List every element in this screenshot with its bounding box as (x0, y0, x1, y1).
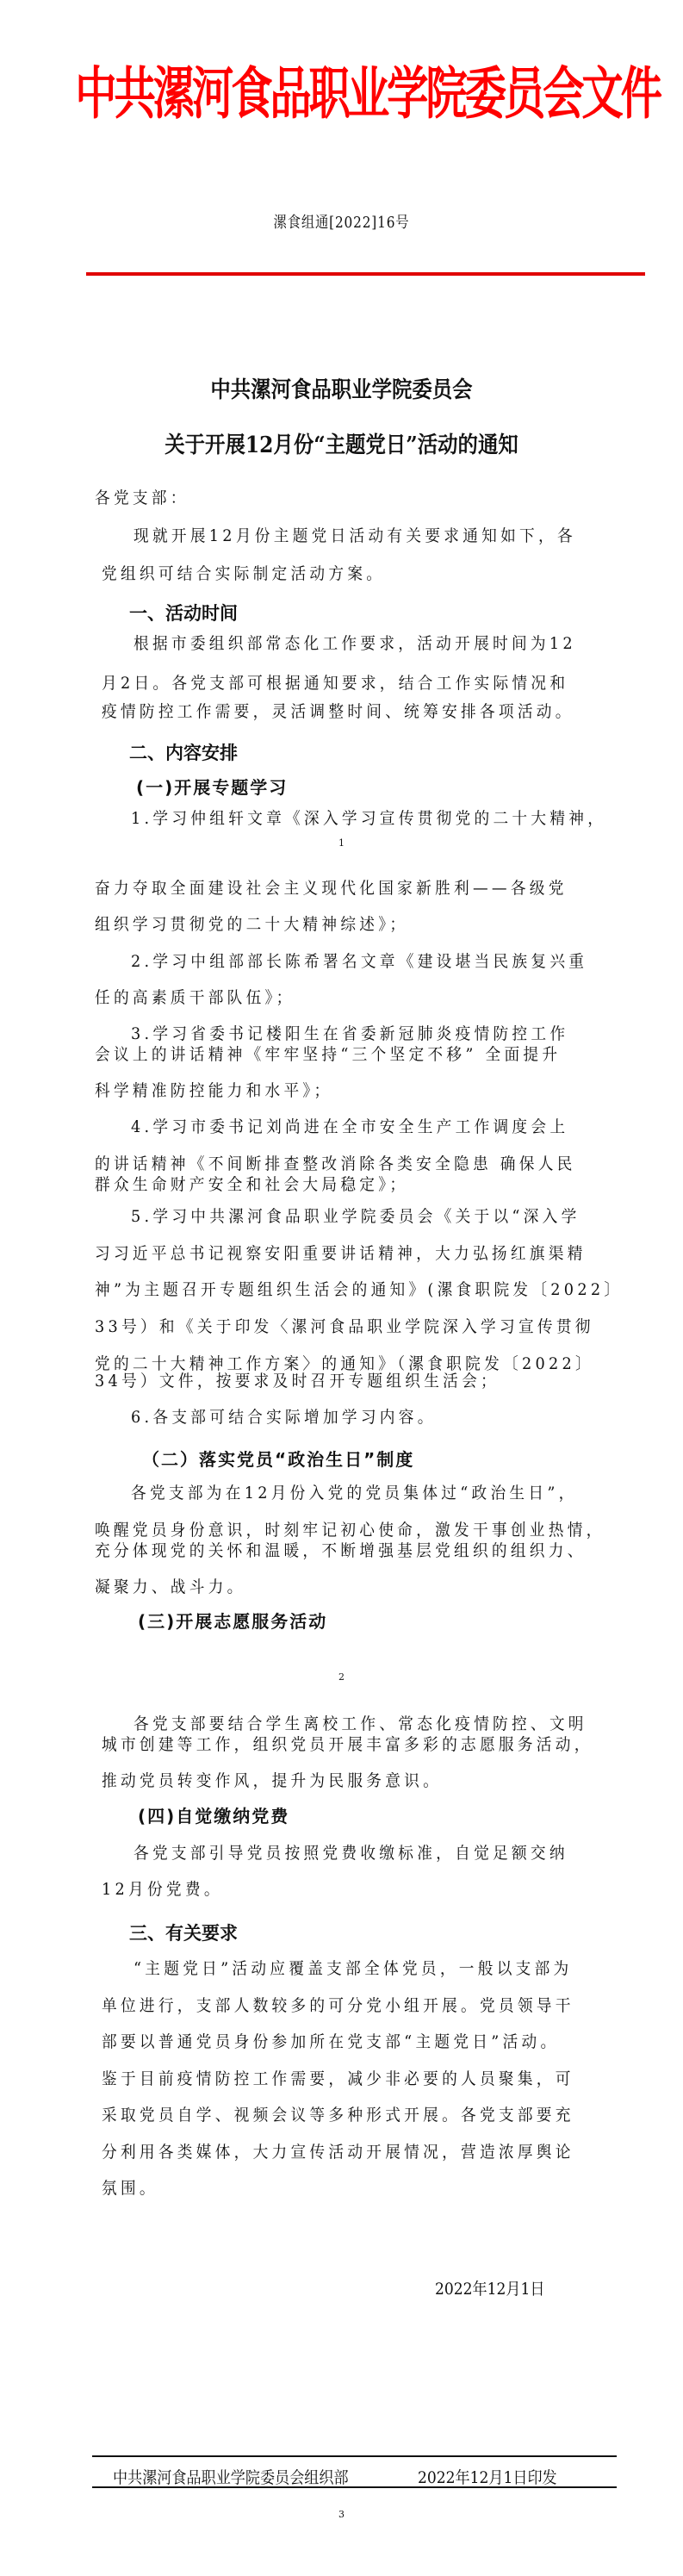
list-item: 神”为主题召开专题组织生活会的通知》(漯食职院发〔2022〕 (95, 1277, 623, 1300)
section-heading-2: 二、内容安排 (129, 739, 238, 765)
footer-issuer: 中共漯河食品职业学院委员会组织部 (113, 2465, 349, 2488)
signature-date: 2022年12月1日 (435, 2276, 544, 2299)
list-item: 奋力夺取全面建设社会主义现代化国家新胜利——各级党 (95, 875, 568, 899)
list-item: 组织学习贯彻党的二十大精神综述》； (95, 912, 408, 935)
subsection-heading-2: （二）落实党员“政治生日”制度 (142, 1446, 414, 1471)
paragraph-line: 凝聚力、战斗力。 (95, 1574, 246, 1597)
paragraph-line: 单位进行，支部人数较多的可分党小组开展。党员领导干 (102, 1993, 574, 2016)
document-red-header: 中共漯河食品职业学院委员会文件 (75, 55, 608, 133)
page-number: 2 (0, 1671, 683, 1683)
paragraph-line: 疫情防控工作需要，灵活调整时间、统筹安排各项活动。 (102, 699, 574, 722)
list-item: 34号）文件，按要求及时召开专题组织生活会； (95, 1368, 500, 1391)
list-item: 5.学习中共漯河食品职业学院委员会《关于以“深入学 (131, 1204, 581, 1227)
paragraph-line: 唤醒党员身份意识，时刻牢记初心使命，激发干事创业热情， (95, 1517, 605, 1540)
paragraph-line: 充分体现党的关怀和温暖，不断增强基层党组织的组织力、 (95, 1538, 587, 1561)
list-item: 任的高素质干部队伍》； (95, 985, 295, 1008)
paragraph-line: 各党支部引导党员按照党费收缴标准，自觉足额交纳 (133, 1840, 568, 1864)
footer-issue-date: 2022年12月1日印发 (418, 2465, 557, 2488)
document-number: 漯食组通[2022]16号 (51, 210, 631, 233)
list-item: 习习近平总书记视察安阳重要讲话精神，大力弘扬红旗渠精 (95, 1241, 587, 1264)
subsection-heading-4: (四)自觉缴纳党费 (138, 1802, 289, 1827)
list-item: 1.学习仲组轩文章《深入学习宣传贯彻党的二十大精神， (131, 806, 606, 829)
paragraph-line: 部要以普通党员身份参加所在党支部“主题党日”活动。 (102, 2029, 559, 2052)
list-item: 科学精准防控能力和水平》； (95, 1078, 333, 1101)
paragraph-line: 鉴于目前疫情防控工作需要，减少非必要的人员聚集，可 (102, 2066, 574, 2089)
section-heading-1: 一、活动时间 (129, 600, 238, 625)
salutation: 各党支部： (95, 485, 189, 508)
notice-title-line2: 关于开展12月份“主题党日”活动的通知 (34, 427, 649, 459)
intro-line: 党组织可结合实际制定活动方案。 (102, 561, 385, 584)
paragraph-line: 推动党员转变作风，提升为民服务意识。 (102, 1768, 442, 1791)
paragraph-line: 各党支部要结合学生离校工作、常态化疫情防控、文明 (133, 1711, 587, 1734)
page-number: 1 (0, 837, 683, 849)
subsection-heading-3: (三)开展志愿服务活动 (138, 1608, 327, 1633)
page-number: 3 (0, 2509, 683, 2520)
list-item: 2.学习中组部部长陈希署名文章《建设堪当民族复兴重 (131, 949, 587, 972)
paragraph-line: 氛围。 (102, 2175, 158, 2199)
footer-rule-top (92, 2455, 617, 2457)
paragraph-line: “主题党日”活动应覆盖支部全体党员，一般以支部为 (133, 1956, 572, 1979)
paragraph-line: 各党支部为在12月份入党的党员集体过“政治生日”， (131, 1480, 578, 1503)
paragraph-line: 采取党员自学、视频会议等多种形式开展。各党支部要充 (102, 2102, 574, 2125)
paragraph-line: 12月份党费。 (102, 1876, 223, 1900)
list-item: 33号）和《关于印发〈漯河食品职业学院深入学习宣传贯彻 (95, 1314, 594, 1337)
footer-rule-bottom (92, 2486, 617, 2488)
list-item: 4.学习市委书记刘尚进在全市安全生产工作调度会上 (131, 1114, 568, 1137)
list-item: 3.学习省委书记楼阳生在省委新冠肺炎疫情防控工作 (131, 1021, 568, 1044)
intro-line: 现就开展12月份主题党日活动有关要求通知如下，各 (133, 523, 576, 546)
notice-title-line1: 中共漯河食品职业学院委员会 (34, 372, 649, 404)
list-item: 会议上的讲话精神《牢牢坚持“三个坚定不移” 全面提升 (95, 1042, 561, 1065)
subsection-heading-1: (一)开展专题学习 (136, 774, 288, 799)
paragraph-line: 根据市委组织部常态化工作要求，活动开展时间为12 (133, 631, 576, 654)
paragraph-line: 月2日。各党支部可根据通知要求，结合工作实际情况和 (102, 670, 568, 694)
list-item: 的讲话精神《不间断排查整改消除各类安全隐患 确保人民 (95, 1151, 576, 1174)
list-item: 6.各支部可结合实际增加学习内容。 (131, 1404, 437, 1428)
paragraph-line: 城市创建等工作，组织党员开展丰富多彩的志愿服务活动， (102, 1732, 593, 1755)
section-heading-3: 三、有关要求 (129, 1920, 238, 1945)
red-divider (86, 272, 645, 276)
list-item: 群众生命财产安全和社会大局稳定》； (95, 1172, 408, 1195)
paragraph-line: 分利用各类媒体，大力宣传活动开展情况，营造浓厚舆论 (102, 2139, 574, 2162)
